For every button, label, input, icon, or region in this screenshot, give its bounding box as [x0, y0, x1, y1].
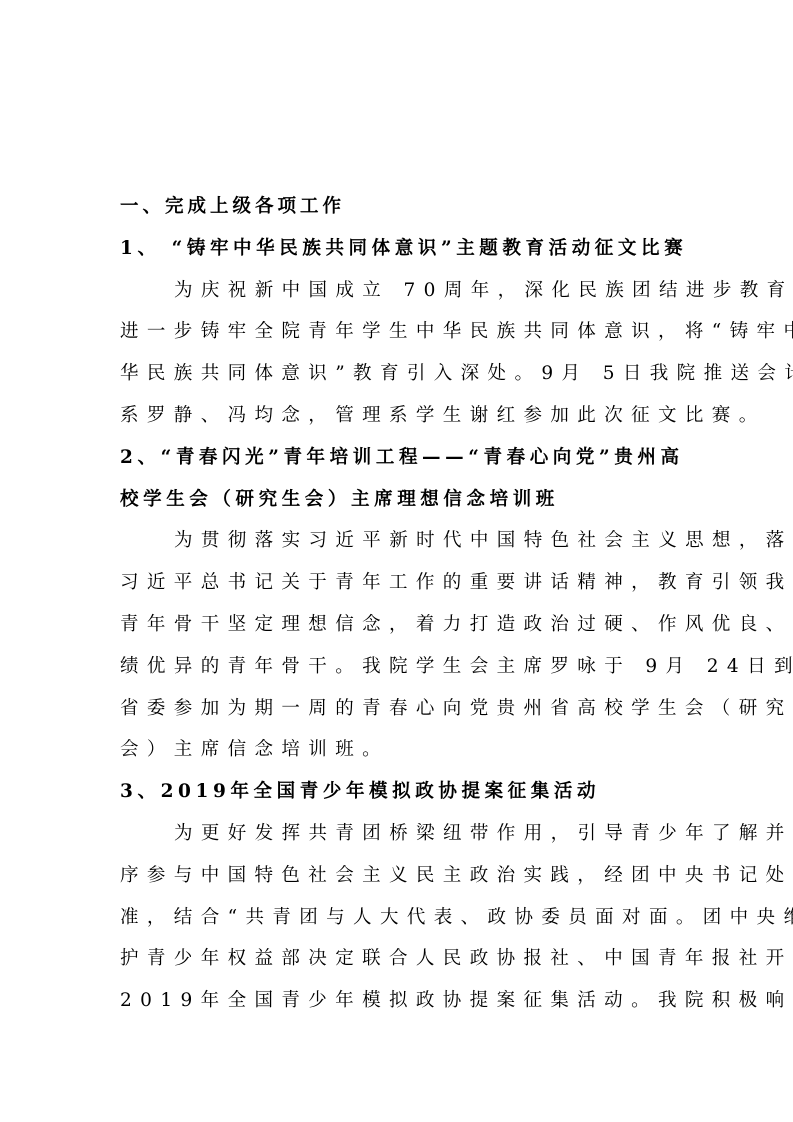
item-2-title: 2、“青春闪光”青年培训工程——“青春心向党”贵州高 — [120, 437, 680, 479]
item-3-paragraph-line: 2019年全国青少年模拟政协提案征集活动。我院积极响应和 — [120, 980, 680, 1022]
item-3-paragraph-line: 序参与中国特色社会主义民主政治实践，经团中央书记处批 — [120, 855, 680, 897]
item-2-paragraph-line: 会）主席信念培训班。 — [120, 729, 680, 771]
item-1-paragraph-line: 进一步铸牢全院青年学生中华民族共同体意识，将“铸牢中 — [120, 311, 680, 353]
item-2-paragraph-line: 省委参加为期一周的青春心向党贵州省高校学生会（研究生 — [120, 688, 680, 730]
item-2-paragraph-line: 为贯彻落实习近平新时代中国特色社会主义思想，落实 — [120, 520, 680, 562]
item-1-paragraph-line: 华民族共同体意识”教育引入深处。9月 5日我院推送会计 — [120, 353, 680, 395]
item-2-paragraph-line: 绩优异的青年骨干。我院学生会主席罗咏于 9月 24日到团 — [120, 646, 680, 688]
document-body: 一、完成上级各项工作 1、 “铸牢中华民族共同体意识”主题教育活动征文比赛 为庆… — [120, 186, 680, 1022]
item-1-paragraph-line: 为庆祝新中国成立 70周年，深化民族团结进步教育， — [120, 270, 680, 312]
item-2-paragraph-line: 青年骨干坚定理想信念，着力打造政治过硬、作风优良、成 — [120, 604, 680, 646]
item-1-paragraph-line: 系罗静、冯均念，管理系学生谢红参加此次征文比赛。 — [120, 395, 680, 437]
item-3-paragraph-line: 为更好发挥共青团桥梁纽带作用，引导青少年了解并有 — [120, 813, 680, 855]
item-2-paragraph-line: 习近平总书记关于青年工作的重要讲话精神，教育引领我院 — [120, 562, 680, 604]
item-1-title: 1、 “铸牢中华民族共同体意识”主题教育活动征文比赛 — [120, 228, 680, 270]
document-page: 一、完成上级各项工作 1、 “铸牢中华民族共同体意识”主题教育活动征文比赛 为庆… — [0, 0, 793, 1122]
item-2-title-continued: 校学生会（研究生会）主席理想信念培训班 — [120, 479, 680, 521]
section-heading: 一、完成上级各项工作 — [120, 186, 680, 228]
item-3-title: 3、2019年全国青少年模拟政协提案征集活动 — [120, 771, 680, 813]
item-3-paragraph-line: 护青少年权益部决定联合人民政协报社、中国青年报社开展 — [120, 938, 680, 980]
item-3-paragraph-line: 准，结合“共青团与人大代表、政协委员面对面。团中央维 — [120, 897, 680, 939]
